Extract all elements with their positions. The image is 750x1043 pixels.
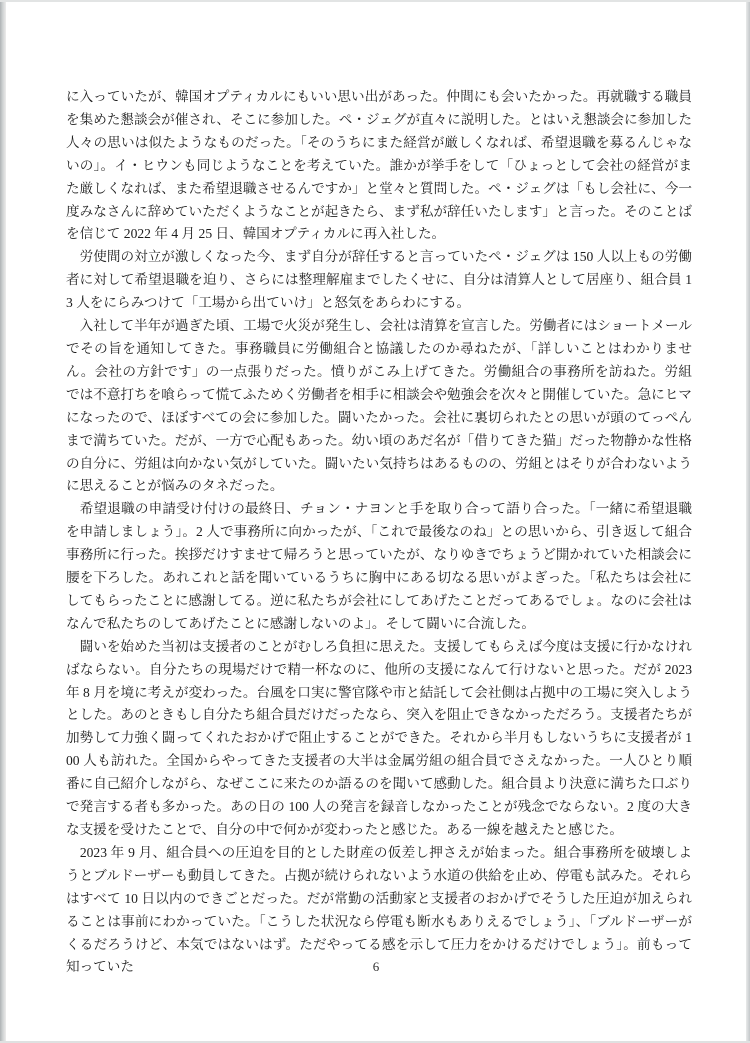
document-page-view: に入っていたが、韓国オプティカルにもいい思い出があった。仲間にも会いたかった。再… <box>0 0 750 1043</box>
body-text: に入っていたが、韓国オプティカルにもいい思い出があった。仲間にも会いたかった。再… <box>66 86 692 979</box>
page-sheet: に入っていたが、韓国オプティカルにもいい思い出があった。仲間にも会いたかった。再… <box>6 2 746 1041</box>
paragraph: 労使間の対立が激しくなった今、まず自分が辞任すると言っていたペ・ジェグは 150… <box>66 246 692 315</box>
page-edge-right <box>746 0 750 1043</box>
paragraph: 入社して半年が過ぎた頃、工場で火災が発生し、会社は清算を宣言した。労働者にはショ… <box>66 315 692 498</box>
paragraph: 希望退職の申請受け付けの最終日、チョン・ナヨンと手を取り合って語り合った。「一緒… <box>66 498 692 635</box>
paragraph: に入っていたが、韓国オプティカルにもいい思い出があった。仲間にも会いたかった。再… <box>66 86 692 246</box>
page-number: 6 <box>6 959 746 975</box>
paragraph: 闘いを始めた当初は支援者のことがむしろ負担に思えた。支援してもらえば今度は支援に… <box>66 636 692 842</box>
